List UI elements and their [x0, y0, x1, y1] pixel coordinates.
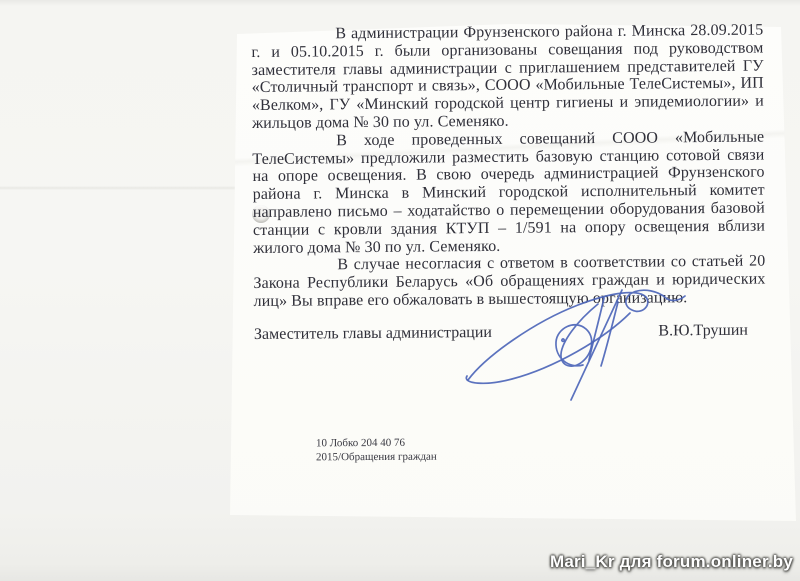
- background-crease: [0, 186, 240, 190]
- watermark-credit: Mari_Kr для forum.onliner.by: [550, 552, 793, 572]
- paragraph-proposal: В ходе проведенных совещаний СООО «Мобил…: [252, 128, 765, 257]
- executor-note: 10 Лобко 204 40 76 2015/Обращения гражда…: [316, 437, 437, 465]
- signature-vertical-stroke-1: [589, 298, 604, 360]
- executor-file-line: 2015/Обращения граждан: [316, 450, 437, 464]
- executor-phone-line: 10 Лобко 204 40 76: [316, 437, 437, 451]
- signature-ink-dot: [562, 339, 564, 341]
- signature-diagonal-stroke: [571, 290, 622, 400]
- signature-scribble: [452, 282, 702, 412]
- paragraph-meetings: В администрации Фрунзенского района г. М…: [251, 22, 764, 133]
